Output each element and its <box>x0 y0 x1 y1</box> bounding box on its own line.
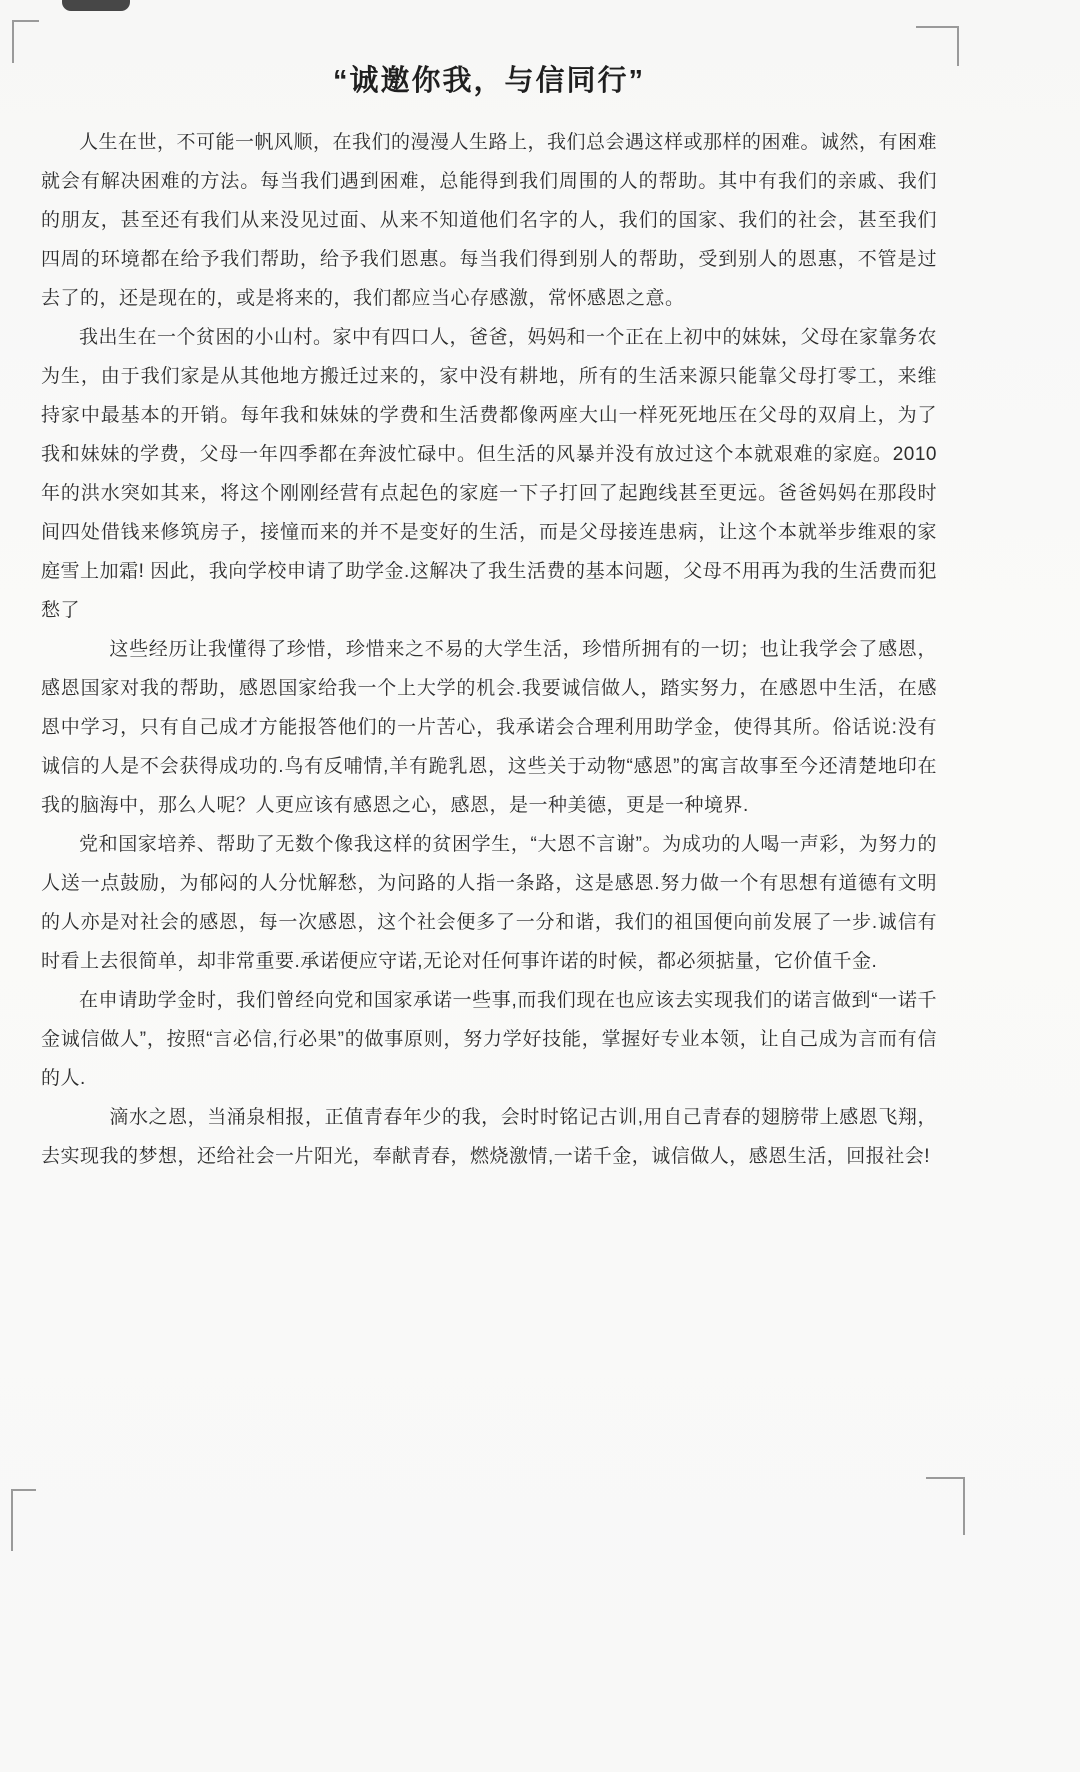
essay-paragraph-2: 我出生在一个贫困的小山村。家中有四口人，爸爸，妈妈和一个正在上初中的妹妹，父母在… <box>41 318 937 630</box>
essay-paragraph-5: 在申请助学金时，我们曾经向党和国家承诺一些事,而我们现在也应该去实现我们的诺言做… <box>41 981 937 1098</box>
essay-paragraph-1: 人生在世，不可能一帆风顺，在我们的漫漫人生路上，我们总会遇这样或那样的困难。诚然… <box>41 123 937 318</box>
scan-artifact-pill <box>62 0 130 11</box>
essay-paragraph-6: 滴水之恩，当涌泉相报，正值青春年少的我，会时时铭记古训,用自己青春的翅膀带上感恩… <box>41 1098 937 1176</box>
corner-mark-bottom-right <box>926 1477 965 1535</box>
essay-title: “诚邀你我，与信同行” <box>41 58 937 99</box>
corner-mark-bottom-left <box>11 1489 36 1551</box>
essay-paragraph-3: 这些经历让我懂得了珍惜，珍惜来之不易的大学生活，珍惜所拥有的一切；也让我学会了感… <box>41 630 937 825</box>
scanned-document-page: “诚邀你我，与信同行” 人生在世，不可能一帆风顺，在我们的漫漫人生路上，我们总会… <box>0 0 1080 1772</box>
essay-body: “诚邀你我，与信同行” 人生在世，不可能一帆风顺，在我们的漫漫人生路上，我们总会… <box>41 58 937 1176</box>
essay-paragraph-4: 党和国家培养、帮助了无数个像我这样的贫困学生，“大恩不言谢”。为成功的人喝一声彩… <box>41 825 937 981</box>
corner-mark-top-left <box>12 20 39 63</box>
